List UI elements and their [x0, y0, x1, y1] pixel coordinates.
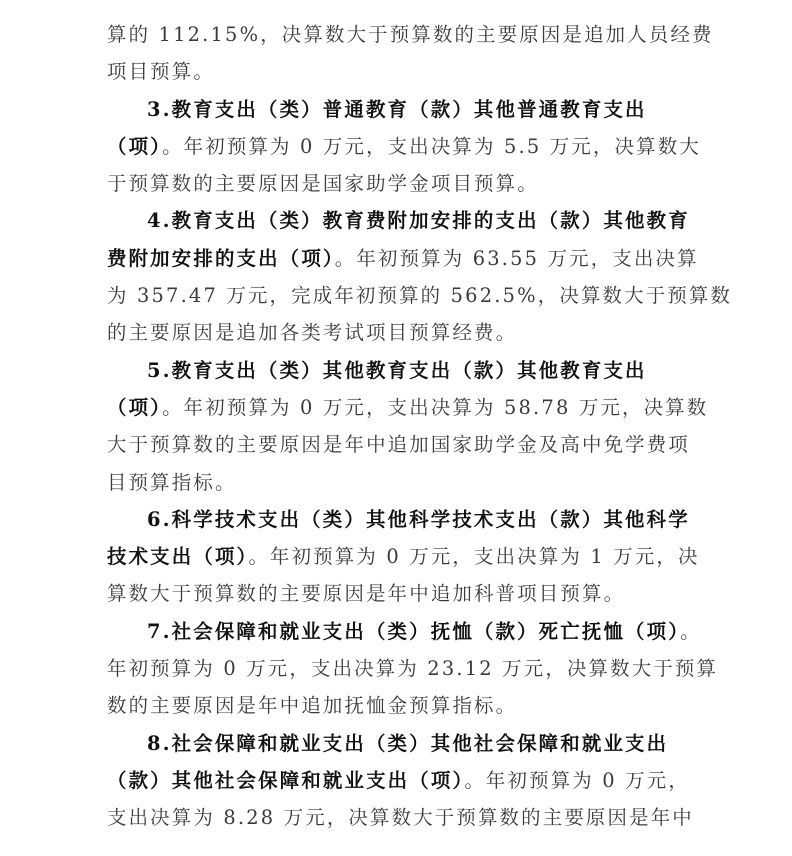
text-line: 项目预算。 [107, 53, 691, 90]
heading-text: 6.科学技术支出（类）其他科学技术支出（款）其他科学 [147, 508, 690, 531]
text-line: 7.社会保障和就业支出（类）抚恤（款）死亡抚恤（项）。 [107, 613, 691, 650]
body-text: 项目预算。 [107, 60, 215, 83]
text-line: 数的主要原因是年中追加抚恤金预算指标。 [107, 687, 691, 724]
text-line: 目预算指标。 [107, 464, 691, 501]
body-text: 。年初预算为 63.55 万元，支出决算 [335, 247, 699, 270]
body-text: 。年初预算为 0 万元，支出决算为 1 万元，决 [248, 545, 699, 568]
text-line: 年初预算为 0 万元，支出决算为 23.12 万元，决算数大于预算 [107, 650, 691, 687]
paragraph-7-social-security-pension: 7.社会保障和就业支出（类）抚恤（款）死亡抚恤（项）。 年初预算为 0 万元，支… [107, 613, 691, 725]
heading-text: 费附加安排的支出（项） [107, 247, 335, 270]
text-line: 于预算数的主要原因是国家助学金项目预算。 [107, 165, 691, 202]
body-text: 大于预算数的主要原因是年中追加国家助学金及高中免学费项 [107, 433, 690, 456]
body-text: 。年初预算为 0 万元，支出决算为 58.78 万元，决算数 [162, 396, 708, 419]
heading-text: （项） [107, 135, 162, 158]
heading-text: （项） [107, 396, 162, 419]
text-line: 4.教育支出（类）教育费附加安排的支出（款）其他教育 [107, 202, 691, 239]
paragraph-2-tail: 算的 112.15%，决算数大于预算数的主要原因是追加人员经费 项目预算。 [107, 16, 691, 91]
body-text: 。年初预算为 0 万元， [464, 769, 690, 792]
heading-text: 技术支出（项） [107, 545, 248, 568]
body-text: 。年初预算为 0 万元，支出决算为 5.5 万元，决算数大 [162, 135, 701, 158]
heading-text: 7.社会保障和就业支出（类）抚恤（款）死亡抚恤（项） [147, 620, 680, 643]
text-line: 5.教育支出（类）其他教育支出（款）其他教育支出 [107, 352, 691, 389]
heading-text: （款）其他社会保障和就业支出（项） [107, 769, 464, 792]
body-text: 的主要原因是追加各类考试项目预算经费。 [107, 321, 517, 344]
paragraph-5-education-other: 5.教育支出（类）其他教育支出（款）其他教育支出 （项）。年初预算为 0 万元，… [107, 352, 691, 501]
body-text: 支出决算为 8.28 万元，决算数大于预算数的主要原因是年中 [107, 806, 694, 829]
heading-text: 5.教育支出（类）其他教育支出（款）其他教育支出 [147, 359, 647, 382]
heading-text: 8.社会保障和就业支出（类）其他社会保障和就业支出 [147, 732, 668, 755]
text-line: 为 357.47 万元，完成年初预算的 562.5%，决算数大于预算数 [107, 277, 691, 314]
body-text: 。 [680, 620, 702, 643]
paragraph-8-social-security-other: 8.社会保障和就业支出（类）其他社会保障和就业支出 （款）其他社会保障和就业支出… [107, 725, 691, 837]
body-text: 算数大于预算数的主要原因是年中追加科普项目预算。 [107, 582, 625, 605]
text-line: 支出决算为 8.28 万元，决算数大于预算数的主要原因是年中 [107, 799, 691, 836]
body-text: 目预算指标。 [107, 471, 237, 494]
paragraph-6-science-tech: 6.科学技术支出（类）其他科学技术支出（款）其他科学 技术支出（项）。年初预算为… [107, 501, 691, 613]
body-text: 算的 112.15%，决算数大于预算数的主要原因是追加人员经费 [107, 23, 714, 46]
document-page: 算的 112.15%，决算数大于预算数的主要原因是追加人员经费 项目预算。 3.… [107, 16, 691, 837]
body-text: 数的主要原因是年中追加抚恤金预算指标。 [107, 694, 517, 717]
text-line: （款）其他社会保障和就业支出（项）。年初预算为 0 万元， [107, 762, 691, 799]
heading-text: 3.教育支出（类）普通教育（款）其他普通教育支出 [147, 98, 647, 121]
text-line: 的主要原因是追加各类考试项目预算经费。 [107, 314, 691, 351]
body-text: 于预算数的主要原因是国家助学金项目预算。 [107, 172, 539, 195]
paragraph-4-education-surcharge: 4.教育支出（类）教育费附加安排的支出（款）其他教育 费附加安排的支出（项）。年… [107, 202, 691, 351]
text-line: （项）。年初预算为 0 万元，支出决算为 5.5 万元，决算数大 [107, 128, 691, 165]
paragraph-3-education-general: 3.教育支出（类）普通教育（款）其他普通教育支出 （项）。年初预算为 0 万元，… [107, 91, 691, 203]
text-line: 费附加安排的支出（项）。年初预算为 63.55 万元，支出决算 [107, 240, 691, 277]
text-line: 算数大于预算数的主要原因是年中追加科普项目预算。 [107, 575, 691, 612]
text-line: 技术支出（项）。年初预算为 0 万元，支出决算为 1 万元，决 [107, 538, 691, 575]
body-text: 为 357.47 万元，完成年初预算的 562.5%，决算数大于预算数 [107, 284, 732, 307]
body-text: 年初预算为 0 万元，支出决算为 23.12 万元，决算数大于预算 [107, 657, 718, 680]
text-line: 大于预算数的主要原因是年中追加国家助学金及高中免学费项 [107, 426, 691, 463]
text-line: （项）。年初预算为 0 万元，支出决算为 58.78 万元，决算数 [107, 389, 691, 426]
heading-text: 4.教育支出（类）教育费附加安排的支出（款）其他教育 [147, 209, 690, 232]
text-line: 8.社会保障和就业支出（类）其他社会保障和就业支出 [107, 725, 691, 762]
text-line: 算的 112.15%，决算数大于预算数的主要原因是追加人员经费 [107, 16, 691, 53]
text-line: 3.教育支出（类）普通教育（款）其他普通教育支出 [107, 91, 691, 128]
text-line: 6.科学技术支出（类）其他科学技术支出（款）其他科学 [107, 501, 691, 538]
